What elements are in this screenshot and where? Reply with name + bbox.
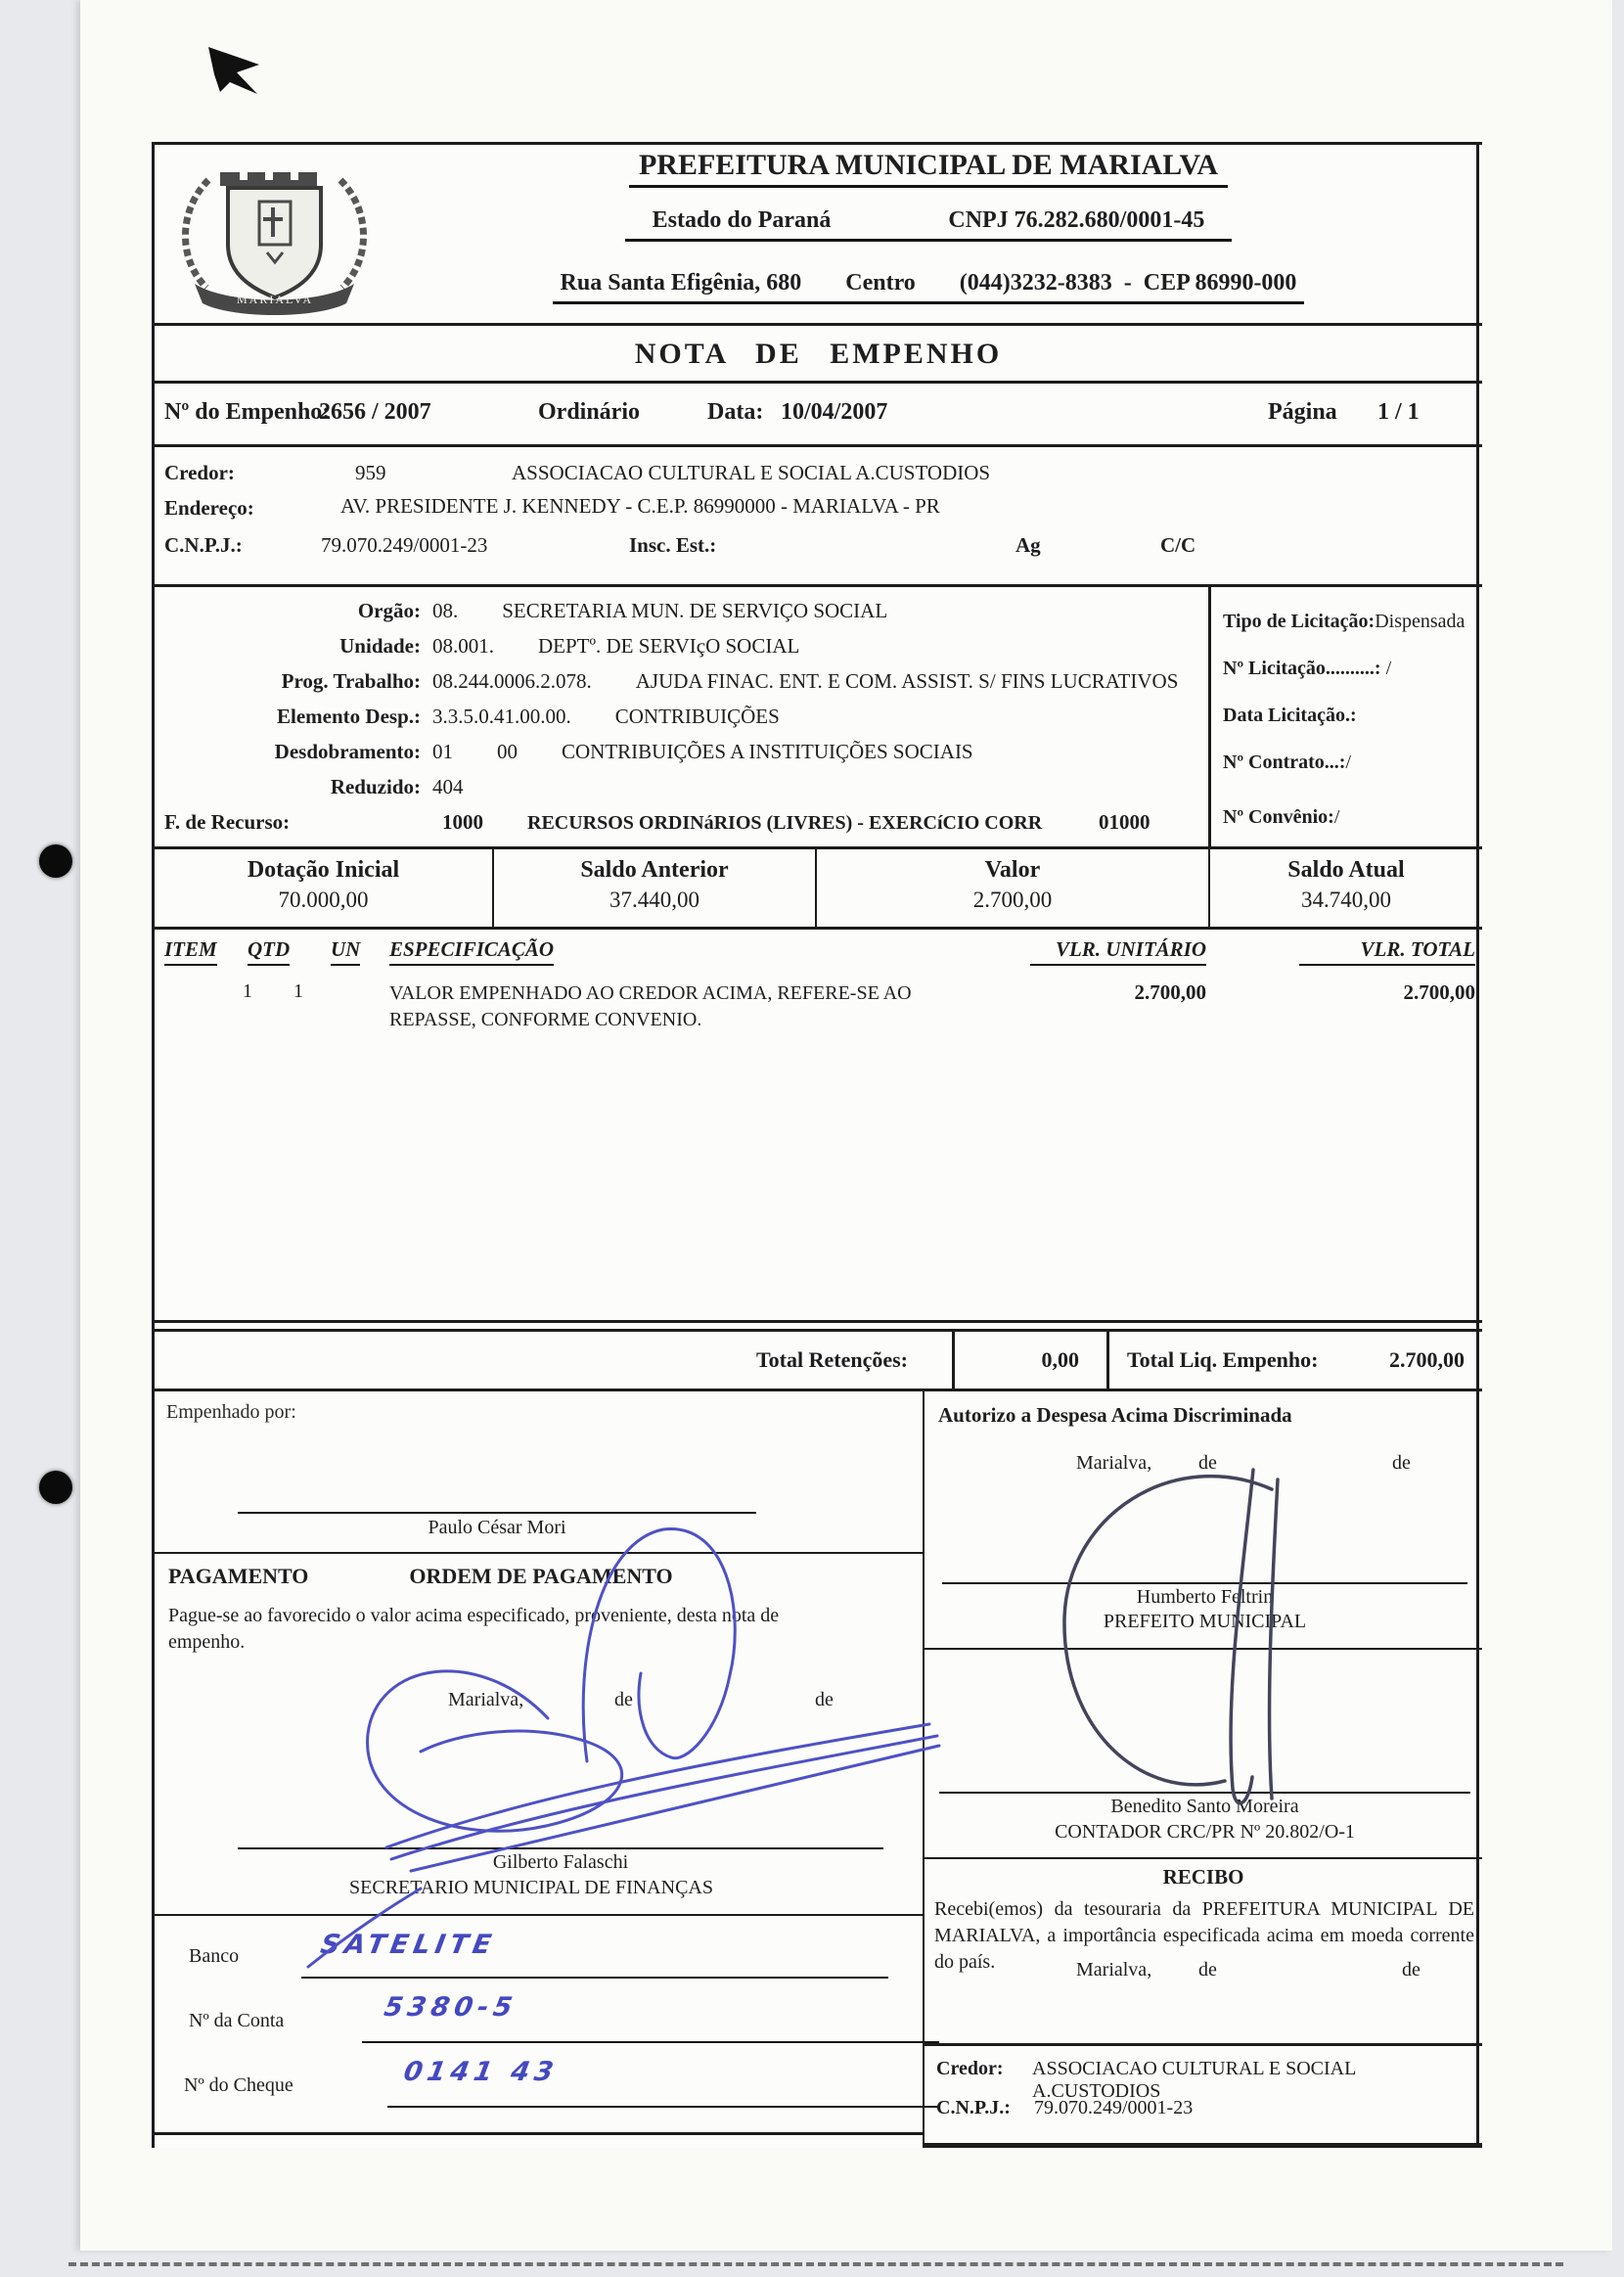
recurso-extra-code: 01000 bbox=[1099, 810, 1150, 835]
hole-punch-bottom bbox=[39, 1471, 72, 1504]
de-label: de bbox=[614, 1689, 633, 1711]
banco-handwritten-value: SATELITE bbox=[318, 1930, 498, 1960]
finance-signer-title: SECRETARIO MUNICIPAL DE FINANÇAS bbox=[208, 1877, 854, 1899]
recibo-credor-box: Credor: ASSOCIACAO CULTURAL E SOCIAL A.C… bbox=[925, 2043, 1482, 2146]
ag-label: Ag bbox=[1015, 533, 1041, 558]
cheque-fill-line bbox=[387, 2106, 940, 2108]
recibo-title: RECIBO bbox=[925, 1865, 1482, 1890]
prefeito-title: PREFEITO MUNICIPAL bbox=[942, 1611, 1467, 1633]
city-label: Marialva, bbox=[1076, 1452, 1151, 1475]
street: Rua Santa Efigênia, 680 bbox=[561, 270, 802, 296]
empenho-number: 2656 / 2007 bbox=[319, 399, 431, 426]
finance-signer-name: Gilberto Falaschi bbox=[238, 1851, 883, 1874]
budget-row-unidade: Unidade: 08.001. DEPTº. DE SERVIçO SOCIA… bbox=[155, 634, 799, 659]
city-label: Marialva, bbox=[448, 1689, 523, 1711]
banco-fill-line bbox=[301, 1977, 888, 1979]
empenhado-por-label: Empenhado por: bbox=[166, 1401, 296, 1424]
saldo-anterior-cell: Saldo Anterior 37.440,00 bbox=[492, 849, 815, 927]
nota-de-empenho-form: MARIALVA PREFEITURA MUNICIPAL DE MARIALV… bbox=[152, 142, 1479, 2148]
dotacao-table: Dotação Inicial 70.000,00 Saldo Anterior… bbox=[155, 849, 1482, 930]
de-label: de bbox=[815, 1689, 834, 1711]
prefeito-name: Humberto Feltrin bbox=[942, 1586, 1467, 1609]
item-qtd: 1 bbox=[284, 980, 313, 1003]
date-label: Data: bbox=[707, 399, 763, 426]
col-qtd: QTD bbox=[248, 937, 290, 966]
empenho-info-row: Nº do Empenho: 2656 / 2007 Ordinário Dat… bbox=[155, 384, 1482, 447]
contador-name: Benedito Santo Moreira bbox=[939, 1796, 1470, 1818]
creditor-block: Credor: 959 ASSOCIACAO CULTURAL E SOCIAL… bbox=[155, 447, 1482, 587]
total-liq-label: Total Liq. Empenho: bbox=[1127, 1347, 1318, 1373]
endereco-label: Endereço: bbox=[164, 496, 254, 521]
total-retencoes-label: Total Retenções: bbox=[756, 1347, 908, 1373]
saldo-atual-cell: Saldo Atual 34.740,00 bbox=[1208, 849, 1482, 927]
signature-line bbox=[942, 1582, 1467, 1584]
tipo-licitacao-row: Tipo de Licitação:Dispensada bbox=[1223, 611, 1465, 633]
hole-punch-top bbox=[39, 844, 72, 878]
item-number: 1 bbox=[233, 980, 262, 1003]
budget-row-orgao: Orgão: 08. SECRETARIA MUN. DE SERVIÇO SO… bbox=[155, 599, 887, 623]
banco-label: Banco bbox=[189, 1945, 239, 1968]
contador-cell: Benedito Santo Moreira CONTADOR CRC/PR N… bbox=[925, 1650, 1482, 1859]
num-contrato-row: Nº Contrato...:/ bbox=[1223, 751, 1351, 774]
de-label: de bbox=[1392, 1452, 1411, 1475]
municipality-title: PREFEITURA MUNICIPAL DE MARIALVA bbox=[384, 149, 1472, 188]
document-title-band: NOTA DE EMPENHO bbox=[155, 323, 1482, 384]
budget-row-prog-trabalho: Prog. Trabalho: 08.244.0006.2.078. AJUDA… bbox=[155, 669, 1178, 694]
de-label: de bbox=[1402, 1959, 1421, 1981]
scanned-document-page: MARIALVA PREFEITURA MUNICIPAL DE MARIALV… bbox=[0, 0, 1624, 2277]
autorizo-title: Autorizo a Despesa Acima Discriminada bbox=[938, 1403, 1292, 1428]
dotacao-inicial-cell: Dotação Inicial 70.000,00 bbox=[155, 849, 492, 927]
empenhado-signer-name: Paulo César Mori bbox=[238, 1517, 756, 1539]
recibo-cnpj-value: 79.070.249/0001-23 bbox=[1034, 2097, 1193, 2119]
city-label: Marialva, bbox=[1076, 1959, 1151, 1981]
cnpj-label: C.N.P.J.: bbox=[164, 533, 243, 558]
address-line: Rua Santa Efigênia, 680 Centro (044)3232… bbox=[384, 270, 1472, 304]
recibo-cnpj-label: C.N.P.J.: bbox=[936, 2097, 1011, 2119]
signature-line bbox=[238, 1512, 756, 1514]
credor-code: 959 bbox=[355, 461, 386, 485]
empenho-type: Ordinário bbox=[538, 399, 640, 426]
city-coat-of-arms-logo: MARIALVA bbox=[169, 151, 380, 319]
empenho-number-label: Nº do Empenho: bbox=[164, 399, 330, 426]
phone-cep: (044)3232-8383 - CEP 86990-000 bbox=[960, 270, 1297, 296]
date-value: 10/04/2007 bbox=[781, 399, 887, 426]
state-label: Estado do Paraná bbox=[653, 207, 832, 234]
totals-row: Total Retenções: 0,00 Total Liq. Empenho… bbox=[155, 1329, 1482, 1391]
cheque-handwritten-value: 0141 43 bbox=[401, 2057, 561, 2087]
item-vlr-total: 2.700,00 bbox=[1299, 980, 1475, 1005]
scan-edge-line bbox=[68, 2262, 1563, 2266]
cnpj-label: CNPJ 76.282.680/0001-45 bbox=[948, 207, 1204, 234]
data-licitacao-row: Data Licitação.: bbox=[1223, 705, 1357, 727]
cnpj-value: 79.070.249/0001-23 bbox=[321, 533, 487, 558]
insc-est-label: Insc. Est.: bbox=[629, 533, 716, 558]
conta-handwritten-value: 5380-5 bbox=[382, 1992, 519, 2023]
endereco-value: AV. PRESIDENTE J. KENNEDY - C.E.P. 86990… bbox=[340, 494, 940, 519]
credor-name: ASSOCIACAO CULTURAL E SOCIAL A.CUSTODIOS bbox=[512, 461, 990, 485]
cheque-label: Nº do Cheque bbox=[184, 2074, 293, 2097]
pague-se-text: Pague-se ao favorecido o valor acima esp… bbox=[168, 1603, 794, 1656]
header: MARIALVA PREFEITURA MUNICIPAL DE MARIALV… bbox=[155, 142, 1482, 323]
pagamento-cell: PAGAMENTO ORDEM DE PAGAMENTO Pague-se ao… bbox=[155, 1554, 923, 1916]
item-vlr-unitario: 2.700,00 bbox=[1030, 980, 1206, 1005]
district: Centro bbox=[845, 270, 916, 296]
page-value: 1 / 1 bbox=[1377, 399, 1420, 426]
budget-row-recurso: F. de Recurso: 1000 RECURSOS ORDINáRIOS … bbox=[155, 810, 1042, 835]
contador-title: CONTADOR CRC/PR Nº 20.802/O-1 bbox=[939, 1821, 1470, 1844]
col-vlr-unitario: VLR. UNITÁRIO bbox=[1030, 937, 1206, 966]
state-cnpj-line: Estado do Paraná CNPJ 76.282.680/0001-45 bbox=[384, 207, 1472, 242]
ordem-pagamento-title: ORDEM DE PAGAMENTO bbox=[380, 1564, 702, 1589]
conta-label: Nº da Conta bbox=[189, 2010, 284, 2032]
col-vlr-total: VLR. TOTAL bbox=[1299, 937, 1475, 966]
licitacao-box: Tipo de Licitação:Dispensada Nº Licitaçã… bbox=[1208, 587, 1482, 849]
col-item: ITEM bbox=[164, 937, 217, 966]
budget-row-reduzido: Reduzido: 404 bbox=[155, 775, 508, 799]
col-especificacao: ESPECIFICAÇÃO bbox=[389, 937, 554, 966]
de-label: de bbox=[1198, 1959, 1217, 1981]
items-section: ITEM QTD UN ESPECIFICAÇÃO VLR. UNITÁRIO … bbox=[155, 930, 1482, 1323]
recibo-cell: RECIBO Recebi(emos) da tesouraria da PRE… bbox=[925, 1859, 1482, 2148]
pagamento-title: PAGAMENTO bbox=[168, 1564, 308, 1589]
logo-banner-text: MARIALVA bbox=[237, 293, 313, 306]
signature-line bbox=[939, 1792, 1470, 1794]
budget-row-desdobramento: Desdobramento: 01 00 CONTRIBUIÇÕES A INS… bbox=[155, 740, 973, 764]
banco-cell: Banco SATELITE Nº da Conta 5380-5 Nº do … bbox=[155, 1916, 923, 2135]
valor-cell: Valor 2.700,00 bbox=[815, 849, 1208, 927]
document-title: NOTA DE EMPENHO bbox=[635, 338, 1002, 371]
empenhado-por-cell: Empenhado por: Paulo César Mori bbox=[155, 1391, 923, 1554]
cc-label: C/C bbox=[1160, 533, 1195, 558]
budget-row-elemento: Elemento Desp.: 3.3.5.0.41.00.00. CONTRI… bbox=[155, 705, 780, 729]
budget-block: Orgão: 08. SECRETARIA MUN. DE SERVIÇO SO… bbox=[155, 587, 1482, 849]
recibo-credor-label: Credor: bbox=[936, 2058, 1004, 2080]
num-convenio-row: Nº Convênio:/ bbox=[1223, 806, 1339, 829]
de-label: de bbox=[1198, 1452, 1217, 1475]
autorizo-cell: Autorizo a Despesa Acima Discriminada Ma… bbox=[925, 1391, 1482, 1650]
credor-label: Credor: bbox=[164, 461, 235, 485]
conta-fill-line bbox=[362, 2041, 939, 2043]
signature-line bbox=[238, 1847, 883, 1849]
total-liq-value: 2.700,00 bbox=[1389, 1347, 1465, 1373]
item-especificacao: VALOR EMPENHADO AO CREDOR ACIMA, REFERE-… bbox=[389, 980, 937, 1033]
total-retencoes-value: 0,00 bbox=[1042, 1347, 1080, 1373]
col-un: UN bbox=[331, 937, 360, 966]
page-label: Página bbox=[1268, 399, 1337, 426]
bottom-left-column: Empenhado por: Paulo César Mori PAGAMENT… bbox=[155, 1391, 923, 2135]
num-licitacao-row: Nº Licitação..........: / bbox=[1223, 658, 1391, 680]
bottom-right-column: Autorizo a Despesa Acima Discriminada Ma… bbox=[923, 1391, 1482, 2148]
